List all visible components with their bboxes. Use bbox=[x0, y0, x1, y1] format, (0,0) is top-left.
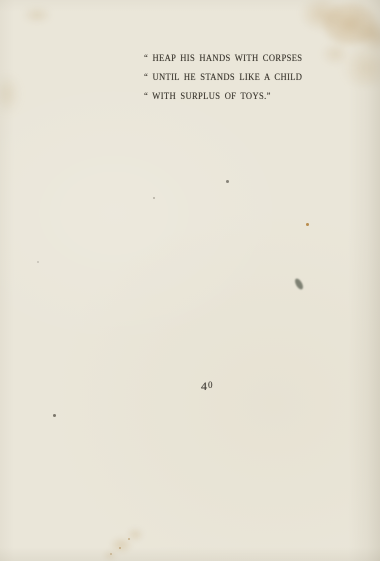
dust-speck bbox=[53, 414, 56, 417]
dust-speck bbox=[37, 261, 39, 263]
foxing-freckle bbox=[128, 538, 130, 540]
verse-block: “ HEAP HIS HANDS WITH CORPSES “ UNTIL HE… bbox=[144, 50, 302, 107]
foxing-freckle bbox=[119, 547, 121, 549]
ink-smudge bbox=[293, 277, 304, 290]
foxing-freckle bbox=[110, 553, 112, 555]
book-page: “ HEAP HIS HANDS WITH CORPSES “ UNTIL HE… bbox=[0, 0, 380, 561]
page-number: 40 bbox=[201, 377, 213, 395]
verse-line-3: “ WITH SURPLUS OF TOYS.” bbox=[144, 88, 302, 107]
foxing-stain-top-left bbox=[22, 6, 52, 24]
foxing-speck bbox=[306, 223, 309, 226]
page-number-raised-digit: 0 bbox=[208, 380, 213, 390]
verse-line-2: “ UNTIL HE STANDS LIKE A CHILD bbox=[144, 69, 302, 88]
foxing-stain-left-edge bbox=[0, 74, 20, 114]
dust-speck bbox=[153, 197, 155, 199]
foxing-stain-bottom bbox=[96, 522, 152, 561]
verse-line-1: “ HEAP HIS HANDS WITH CORPSES bbox=[144, 50, 302, 69]
page-number-digit: 4 bbox=[201, 379, 207, 393]
dust-speck bbox=[226, 180, 229, 183]
